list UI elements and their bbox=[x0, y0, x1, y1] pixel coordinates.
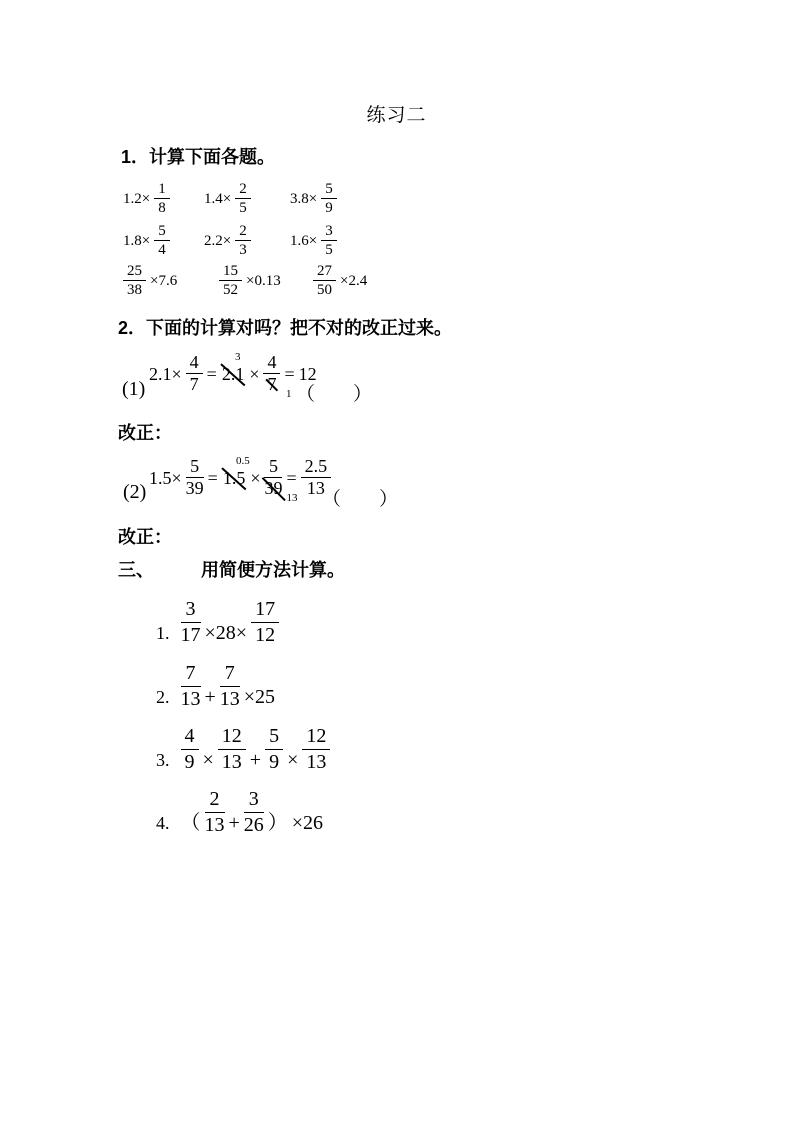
math-text: ×26 bbox=[292, 812, 323, 836]
fraction-numerator: 4 bbox=[263, 353, 280, 374]
cancel-result-subscript: 13 bbox=[286, 493, 297, 504]
correction-label-2: 改正： bbox=[118, 523, 172, 549]
math-text: ×7.6 bbox=[150, 273, 177, 290]
calc-problem-4: 1.8×54 bbox=[121, 222, 172, 260]
fraction-numerator: 17 bbox=[251, 599, 279, 623]
fraction: 326 bbox=[244, 789, 264, 836]
simplify-problem-4-label: 4. bbox=[156, 813, 170, 836]
fraction-numerator: 5 bbox=[264, 457, 282, 478]
crossed-value: 1.50.5 bbox=[222, 468, 247, 489]
fraction-denominator: 71 bbox=[263, 374, 280, 395]
fraction-numerator: 4 bbox=[181, 726, 199, 750]
fraction-numerator: 5 bbox=[265, 726, 283, 750]
section3-number: 三、 bbox=[118, 560, 154, 580]
section2-heading: 2．下面的计算对吗？把不对的改正过来。 bbox=[118, 314, 452, 340]
fraction: 49 bbox=[181, 726, 199, 773]
simplify-problem-3: 3. 49×1213+59×1213 bbox=[156, 726, 332, 773]
math-text: = bbox=[207, 364, 217, 385]
judge-item-1-label: (1) bbox=[122, 378, 145, 401]
simplify-problem-3-expression: 49×1213+59×1213 bbox=[179, 726, 333, 773]
math-text: ×25 bbox=[244, 686, 275, 710]
calc-problem-1: 1.2×18 bbox=[121, 180, 172, 218]
fraction-denominator: 13 bbox=[181, 687, 201, 710]
fraction-numerator: 15 bbox=[219, 263, 242, 281]
fraction-numerator: 5 bbox=[321, 181, 337, 199]
simplify-problem-1: 1. 317×28×1712 bbox=[156, 599, 281, 646]
fraction-numerator: 2 bbox=[235, 223, 251, 241]
fraction-denominator: 52 bbox=[219, 281, 242, 299]
fraction-numerator: 3 bbox=[244, 789, 264, 813]
cancel-result-superscript: 3 bbox=[235, 352, 241, 363]
cancel-stroke bbox=[221, 363, 246, 386]
calc-problem-7: 2538×7.6 bbox=[121, 262, 179, 300]
fraction-denominator: 7 bbox=[186, 374, 203, 395]
worksheet-page: 练习二 1．计算下面各题。 1.2×18 1.4×25 3.8×59 1.8×5… bbox=[0, 0, 793, 1122]
page-title: 练习二 bbox=[0, 100, 793, 127]
fraction-numerator: 2 bbox=[205, 789, 225, 813]
cancel-result-subscript: 1 bbox=[286, 389, 292, 400]
simplify-problem-2-label: 2. bbox=[156, 687, 170, 710]
fraction: 47 bbox=[186, 353, 203, 395]
math-text: 1.4× bbox=[204, 191, 231, 208]
fraction-denominator: 3 bbox=[235, 241, 251, 259]
section1-heading: 1．计算下面各题。 bbox=[121, 143, 275, 169]
fraction-denominator: 4 bbox=[154, 241, 170, 259]
fraction: 25 bbox=[235, 181, 251, 217]
fraction-numerator: 3 bbox=[181, 599, 201, 623]
math-text: 2.2× bbox=[204, 233, 231, 250]
simplify-problem-4-expression: （213+326）×26 bbox=[179, 789, 326, 836]
fraction-denominator: 13 bbox=[302, 750, 330, 773]
fraction-numerator: 27 bbox=[313, 263, 336, 281]
math-text: 3.8× bbox=[290, 191, 317, 208]
fraction-denominator: 12 bbox=[251, 623, 279, 646]
simplify-problem-1-label: 1. bbox=[156, 623, 170, 646]
fraction-denominator: 38 bbox=[123, 281, 146, 299]
fraction-denominator: 13 bbox=[205, 813, 225, 836]
math-text: × bbox=[287, 749, 298, 773]
math-text: 1.8× bbox=[123, 233, 150, 250]
calc-problem-9: 2750×2.4 bbox=[311, 262, 369, 300]
fraction: 2750 bbox=[313, 263, 336, 299]
cancelled-denominator: 3913 bbox=[264, 479, 282, 499]
section3-heading-text: 用简便方法计算。 bbox=[201, 560, 345, 580]
simplify-problem-2: 2. 713+713×25 bbox=[156, 663, 277, 710]
math-text: × bbox=[203, 749, 214, 773]
fraction-numerator: 12 bbox=[218, 726, 246, 750]
cancelled-denominator: 71 bbox=[267, 375, 276, 395]
fraction-denominator: 9 bbox=[321, 199, 337, 217]
math-text: 1.6× bbox=[290, 233, 317, 250]
fraction-denominator: 39 bbox=[186, 478, 204, 499]
fraction: 54 bbox=[154, 223, 170, 259]
fraction-numerator: 4 bbox=[186, 353, 203, 374]
fraction-numerator: 5 bbox=[154, 223, 170, 241]
fraction: 713 bbox=[220, 663, 240, 710]
calc-problem-6: 1.6×35 bbox=[288, 222, 339, 260]
fraction: 2538 bbox=[123, 263, 146, 299]
calc-problem-2: 1.4×25 bbox=[202, 180, 253, 218]
fraction-denominator: 26 bbox=[244, 813, 264, 836]
math-text: + bbox=[205, 686, 216, 710]
fraction-denominator: 13 bbox=[220, 687, 240, 710]
judge-item-2-label: (2) bbox=[123, 481, 146, 504]
judge-item-2-answer-parens: （ ） bbox=[322, 484, 398, 511]
calc-problem-8: 1552×0.13 bbox=[217, 262, 283, 300]
fraction: 59 bbox=[321, 181, 337, 217]
crossed-value: 2.13 bbox=[221, 364, 246, 385]
fraction-denominator: 13 bbox=[218, 750, 246, 773]
fraction-denominator: 5 bbox=[235, 199, 251, 217]
math-text: ×28× bbox=[205, 622, 248, 646]
cancel-stroke bbox=[262, 477, 285, 500]
math-text: + bbox=[229, 812, 240, 836]
fraction-cancelled: 471 bbox=[263, 353, 280, 395]
fraction-numerator: 12 bbox=[302, 726, 330, 750]
correction-label-1: 改正： bbox=[118, 419, 172, 445]
fraction-numerator: 7 bbox=[181, 663, 201, 687]
fraction-denominator: 9 bbox=[265, 750, 283, 773]
fraction-numerator: 5 bbox=[186, 457, 204, 478]
fraction-denominator: 50 bbox=[313, 281, 336, 299]
math-text: + bbox=[250, 749, 261, 773]
cancel-stroke bbox=[222, 467, 247, 490]
simplify-problem-2-expression: 713+713×25 bbox=[179, 663, 278, 710]
math-text: （ bbox=[181, 806, 201, 836]
math-text: ×2.4 bbox=[340, 273, 367, 290]
fraction-numerator: 7 bbox=[220, 663, 240, 687]
fraction: 59 bbox=[265, 726, 283, 773]
math-text: = bbox=[284, 364, 294, 385]
judge-item-1-answer-parens: （ ） bbox=[296, 379, 372, 406]
math-text: = bbox=[286, 468, 296, 489]
simplify-problem-3-label: 3. bbox=[156, 750, 170, 773]
fraction-denominator: 5 bbox=[321, 241, 337, 259]
fraction: 1712 bbox=[251, 599, 279, 646]
fraction: 1213 bbox=[302, 726, 330, 773]
fraction-denominator: 9 bbox=[181, 750, 199, 773]
fraction-numerator: 2.5 bbox=[301, 457, 332, 478]
fraction: 23 bbox=[235, 223, 251, 259]
cancel-stroke bbox=[266, 378, 278, 390]
fraction: 539 bbox=[186, 457, 204, 499]
fraction: 213 bbox=[205, 789, 225, 836]
fraction-numerator: 2 bbox=[235, 181, 251, 199]
math-text: 2.1× bbox=[149, 364, 182, 385]
cancel-result-superscript: 0.5 bbox=[236, 456, 250, 467]
fraction-cancelled: 53913 bbox=[264, 457, 282, 499]
fraction: 713 bbox=[181, 663, 201, 710]
fraction-denominator: 8 bbox=[154, 199, 170, 217]
math-text: ×0.13 bbox=[246, 273, 281, 290]
fraction-denominator: 17 bbox=[181, 623, 201, 646]
simplify-problem-4: 4. （213+326）×26 bbox=[156, 789, 325, 836]
math-text: 1.2× bbox=[123, 191, 150, 208]
fraction: 1552 bbox=[219, 263, 242, 299]
section3-heading: 三、用简便方法计算。 bbox=[118, 556, 345, 582]
calc-problem-5: 2.2×23 bbox=[202, 222, 253, 260]
math-text: = bbox=[208, 468, 218, 489]
math-text: × bbox=[249, 364, 259, 385]
fraction: 1213 bbox=[218, 726, 246, 773]
calc-problem-3: 3.8×59 bbox=[288, 180, 339, 218]
fraction-numerator: 3 bbox=[321, 223, 337, 241]
fraction: 18 bbox=[154, 181, 170, 217]
fraction-numerator: 1 bbox=[154, 181, 170, 199]
judge-item-1-equation: 2.1×47=2.13×471=12 bbox=[147, 351, 319, 397]
judge-item-2-equation: 1.5×539=1.50.5×53913=2.513 bbox=[147, 455, 333, 501]
math-text: 1.5× bbox=[149, 468, 182, 489]
fraction-numerator: 25 bbox=[123, 263, 146, 281]
fraction: 317 bbox=[181, 599, 201, 646]
fraction: 35 bbox=[321, 223, 337, 259]
fraction-denominator: 3913 bbox=[264, 478, 282, 499]
simplify-problem-1-expression: 317×28×1712 bbox=[179, 599, 282, 646]
math-text: × bbox=[250, 468, 260, 489]
math-text: ） bbox=[268, 806, 288, 836]
